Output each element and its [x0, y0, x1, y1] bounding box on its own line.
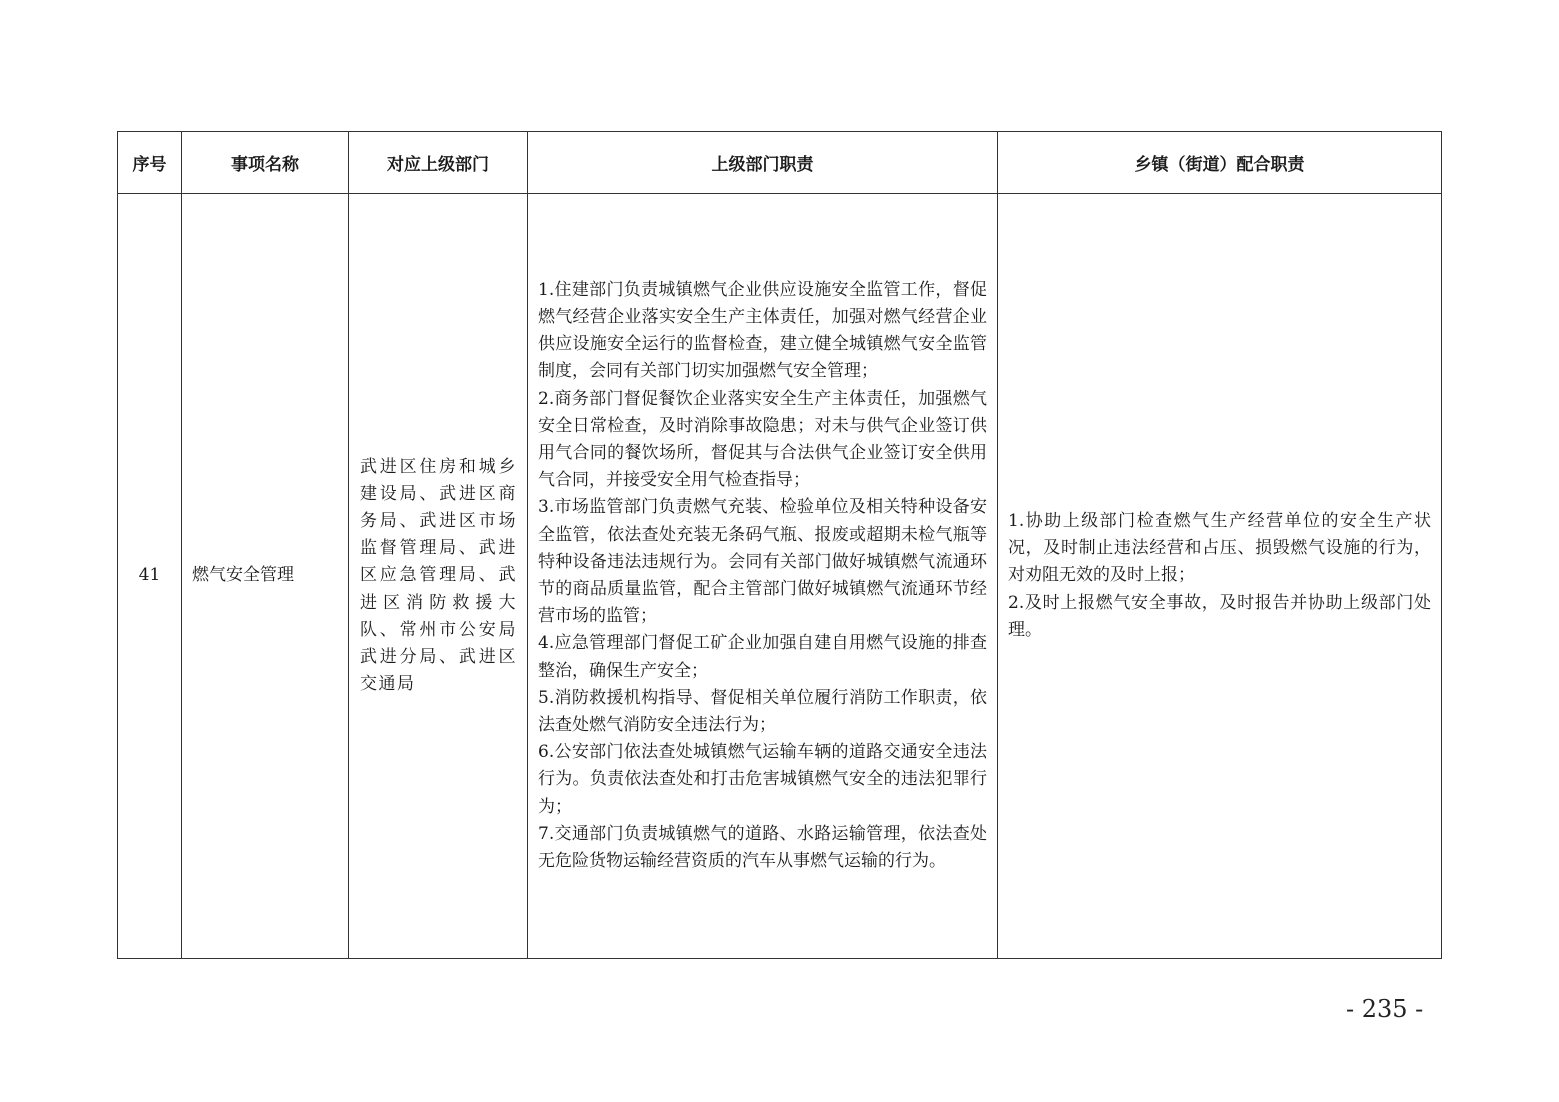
header-item-name: 事项名称: [182, 132, 349, 194]
superior-duty-item: 1.住建部门负责城镇燃气企业供应设施安全监管工作，督促燃气经营企业落实安全生产主…: [538, 277, 987, 386]
header-township-duties: 乡镇（街道）配合职责: [998, 132, 1442, 194]
header-superior-department: 对应上级部门: [349, 132, 528, 194]
table-row: 41 燃气安全管理 武进区住房和城乡建设局、武进区商务局、武进区市场监督管理局、…: [118, 194, 1442, 959]
row-item-name: 燃气安全管理: [182, 194, 349, 959]
superior-duty-item: 6.公安部门依法查处城镇燃气运输车辆的道路交通安全违法行为。负责依法查处和打击危…: [538, 739, 987, 821]
superior-duty-item: 5.消防救援机构指导、督促相关单位履行消防工作职责，依法查处燃气消防安全违法行为…: [538, 685, 987, 739]
superior-duty-item: 4.应急管理部门督促工矿企业加强自建自用燃气设施的排查整治，确保生产安全；: [538, 630, 987, 684]
row-departments: 武进区住房和城乡建设局、武进区商务局、武进区市场监督管理局、武进区应急管理局、武…: [349, 194, 528, 959]
superior-duty-item: 7.交通部门负责城镇燃气的道路、水路运输管理，依法查处无危险货物运输经营资质的汽…: [538, 821, 987, 875]
row-number: 41: [118, 194, 182, 959]
superior-duty-item: 3.市场监管部门负责燃气充装、检验单位及相关特种设备安全监管，依法查处充装无条码…: [538, 494, 987, 630]
table-header-row: 序号 事项名称 对应上级部门 上级部门职责 乡镇（街道）配合职责: [118, 132, 1442, 194]
row-superior-duties: 1.住建部门负责城镇燃气企业供应设施安全监管工作，督促燃气经营企业落实安全生产主…: [528, 194, 998, 959]
row-township-duties: 1.协助上级部门检查燃气生产经营单位的安全生产状况，及时制止违法经营和占压、损毁…: [998, 194, 1442, 959]
header-superior-duties: 上级部门职责: [528, 132, 998, 194]
header-number: 序号: [118, 132, 182, 194]
township-duty-item: 2.及时上报燃气安全事故，及时报告并协助上级部门处理。: [1008, 590, 1431, 644]
responsibility-table: 序号 事项名称 对应上级部门 上级部门职责 乡镇（街道）配合职责 41 燃气安全…: [117, 131, 1442, 959]
superior-duty-item: 2.商务部门督促餐饮企业落实安全生产主体责任，加强燃气安全日常检查，及时消除事故…: [538, 386, 987, 495]
page-number: - 235 -: [1346, 995, 1423, 1023]
township-duty-item: 1.协助上级部门检查燃气生产经营单位的安全生产状况，及时制止违法经营和占压、损毁…: [1008, 508, 1431, 590]
